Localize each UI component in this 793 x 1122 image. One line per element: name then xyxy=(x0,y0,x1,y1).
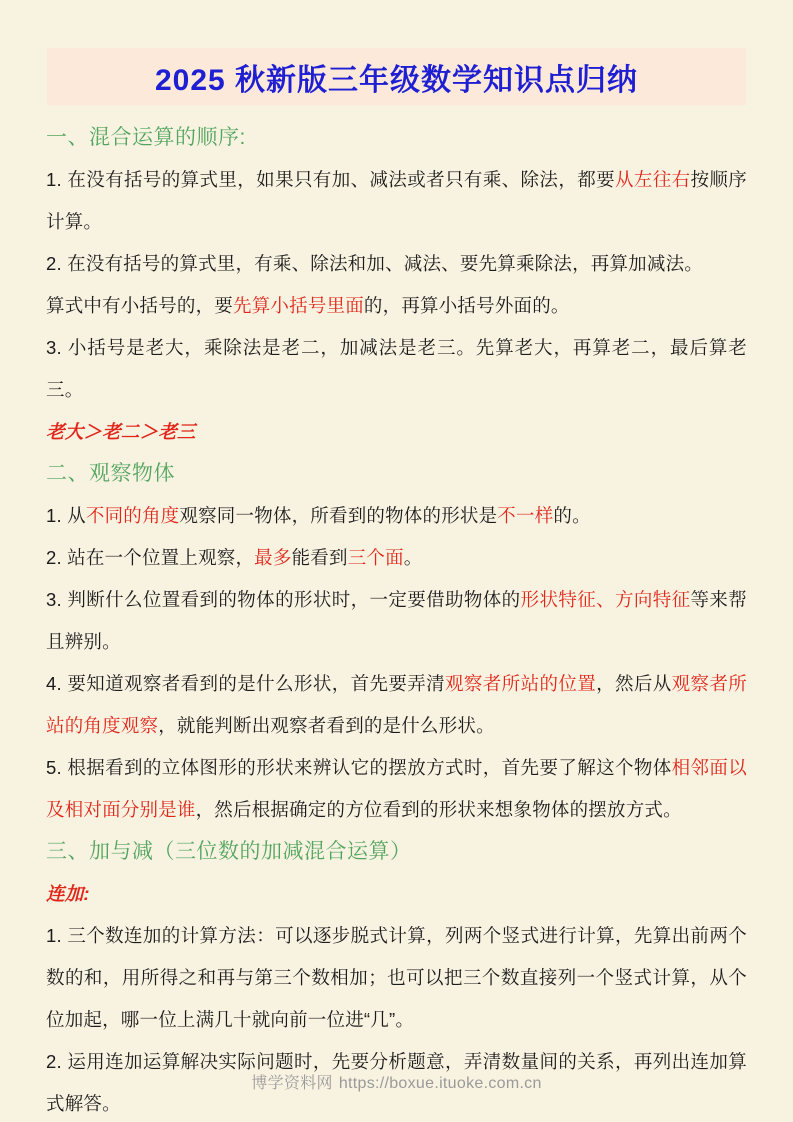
paragraph: 算式中有小括号的，要先算小括号里面的，再算小括号外面的。 xyxy=(46,285,747,327)
document-body: 一、混合运算的顺序:1. 在没有括号的算式里，如果只有加、减法或者只有乘、除法，… xyxy=(0,117,793,1122)
body-text: 1. 从 xyxy=(46,505,86,526)
document-page: 2025 秋新版三年级数学知识点归纳 一、混合运算的顺序:1. 在没有括号的算式… xyxy=(0,0,793,1122)
body-text: 的。 xyxy=(553,505,590,526)
highlight-text: 不同的角度 xyxy=(86,505,180,526)
body-text: 算式中有小括号的，要 xyxy=(46,295,233,316)
body-text: 5. 根据看到的立体图形的形状来辨认它的摆放方式时，首先要了解这个物体 xyxy=(46,757,672,778)
section-heading: 三、加与减（三位数的加减混合运算） xyxy=(46,831,747,873)
page-title: 2025 秋新版三年级数学知识点归纳 xyxy=(155,55,638,99)
highlight-text: 连加: xyxy=(46,883,90,904)
highlight-text: 三个面 xyxy=(348,547,404,568)
highlight-text: 最多 xyxy=(254,547,291,568)
body-text: 的，再算小括号外面的。 xyxy=(364,295,570,316)
body-text: 1. 三个数连加的计算方法：可以逐步脱式计算，列两个竖式进行计算，先算出前两个数… xyxy=(46,925,747,1030)
body-text: 4. 要知道观察者看到的是什么形状，首先要弄清 xyxy=(46,673,445,694)
body-text: 2. 在没有括号的算式里，有乘、除法和加、减法、要先算乘除法，再算加减法。 xyxy=(46,253,703,274)
highlight-text: 先算小括号里面 xyxy=(233,295,364,316)
paragraph: 2. 站在一个位置上观察，最多能看到三个面。 xyxy=(46,537,747,579)
body-text: ，然后根据确定的方位看到的形状来想象物体的摆放方式。 xyxy=(196,799,682,820)
section-heading: 二、观察物体 xyxy=(46,453,747,495)
body-text: 观察同一物体，所看到的物体的形状是 xyxy=(179,505,497,526)
body-text: 三、加与减（三位数的加减混合运算） xyxy=(46,840,412,863)
body-text: 。 xyxy=(404,547,423,568)
paragraph: 5. 根据看到的立体图形的形状来辨认它的摆放方式时，首先要了解这个物体相邻面以及… xyxy=(46,747,747,831)
body-text: 二、观察物体 xyxy=(46,462,175,485)
body-text: 2. 站在一个位置上观察， xyxy=(46,547,254,568)
body-text: 一、混合运算的顺序: xyxy=(46,126,246,149)
section-heading: 一、混合运算的顺序: xyxy=(46,117,747,159)
paragraph: 1. 三个数连加的计算方法：可以逐步脱式计算，列两个竖式进行计算，先算出前两个数… xyxy=(46,915,747,1041)
highlight-text: 形状特征、方向特征 xyxy=(521,589,691,610)
title-banner: 2025 秋新版三年级数学知识点归纳 xyxy=(47,48,746,105)
footer-url: https://boxue.ituoke.com.cn xyxy=(339,1075,542,1092)
paragraph: 4. 要知道观察者看到的是什么形状，首先要弄清观察者所站的位置，然后从观察者所站… xyxy=(46,663,747,747)
body-text: 3. 小括号是老大，乘除法是老二，加减法是老三。先算老大，再算老二，最后算老三。 xyxy=(46,337,747,400)
highlight-text: 老大＞老二＞老三 xyxy=(46,421,196,442)
body-text: 1. 在没有括号的算式里，如果只有加、减法或者只有乘、除法，都要 xyxy=(46,169,615,190)
paragraph: 2. 在没有括号的算式里，有乘、除法和加、减法、要先算乘除法，再算加减法。 xyxy=(46,243,747,285)
footer-site-name: 博学资料网 xyxy=(251,1075,333,1092)
paragraph: 3. 小括号是老大，乘除法是老二，加减法是老三。先算老大，再算老二，最后算老三。 xyxy=(46,327,747,411)
body-text: 能看到 xyxy=(292,547,348,568)
paragraph: 1. 从不同的角度观察同一物体，所看到的物体的形状是不一样的。 xyxy=(46,495,747,537)
paragraph: 3. 判断什么位置看到的物体的形状时，一定要借助物体的形状特征、方向特征等来帮且… xyxy=(46,579,747,663)
body-text: ，就能判断出观察者看到的是什么形状。 xyxy=(158,715,495,736)
paragraph: 老大＞老二＞老三 xyxy=(46,411,747,453)
paragraph: 1. 在没有括号的算式里，如果只有加、减法或者只有乘、除法，都要从左往右按顺序计… xyxy=(46,159,747,243)
highlight-text: 从左往右 xyxy=(615,169,691,190)
body-text: 3. 判断什么位置看到的物体的形状时，一定要借助物体的 xyxy=(46,589,521,610)
body-text: ，然后从 xyxy=(596,673,672,694)
paragraph: 连加: xyxy=(46,873,747,915)
page-footer: 博学资料网https://boxue.ituoke.com.cn xyxy=(0,1070,793,1093)
highlight-text: 不一样 xyxy=(497,505,553,526)
highlight-text: 观察者所站的位置 xyxy=(445,673,596,694)
